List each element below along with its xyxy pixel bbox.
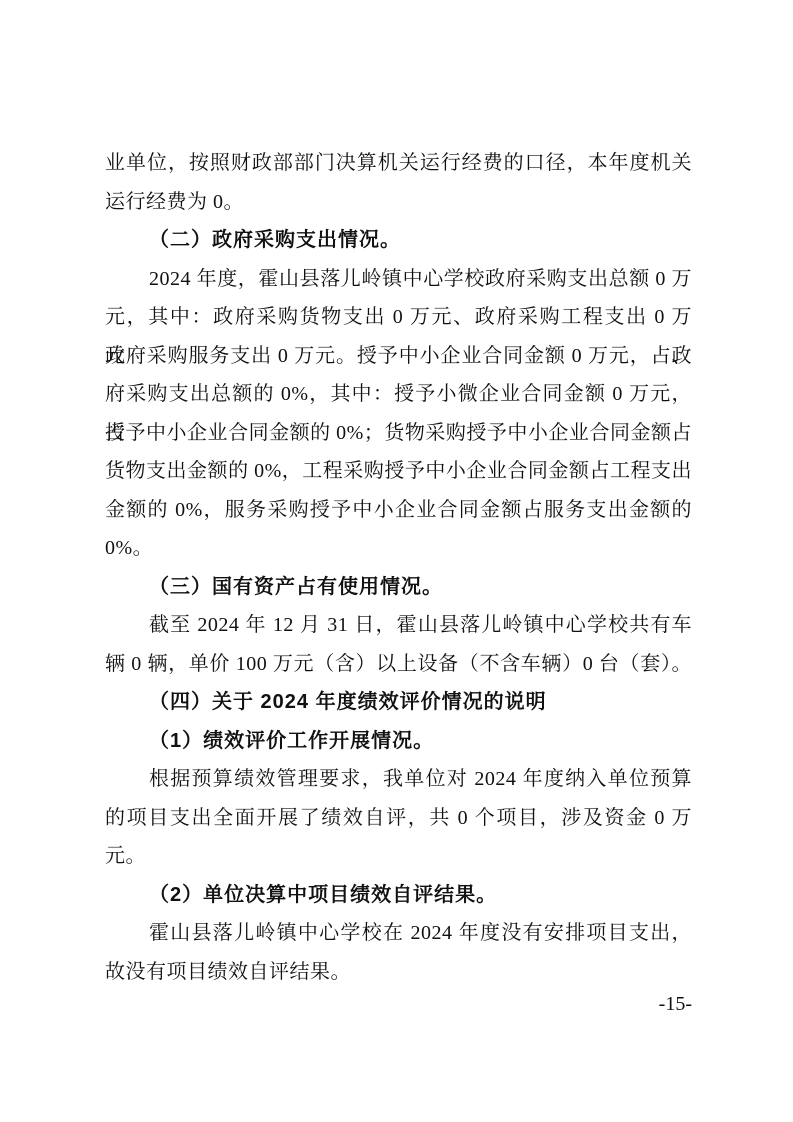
body-text-line: 故没有项目绩效自评结果。 — [105, 953, 692, 992]
body-text-line: 2024 年度，霍山县落儿岭镇中心学校政府采购支出总额 0 万 — [105, 260, 692, 299]
page-number: -15- — [659, 990, 692, 1018]
section-heading-3: （三）国有资产占有使用情况。 — [105, 568, 692, 607]
body-text-line: 的项目支出全面开展了绩效自评，共 0 个项目，涉及资金 0 万 — [105, 799, 692, 838]
section-heading-2: （二）政府采购支出情况。 — [105, 221, 692, 260]
body-text-line: 府采购支出总额的 0%，其中：授予小微企业合同金额 0 万元，占 — [105, 375, 692, 414]
text-block: 业单位，按照财政部部门决算机关运行经费的口径，本年度机关 运行经费为 0。 （二… — [105, 144, 692, 991]
body-text-line: 元，其中：政府采购货物支出 0 万元、政府采购工程支出 0 万元、 — [105, 298, 692, 337]
body-text-line: 元。 — [105, 837, 692, 876]
body-text-line: 授予中小企业合同金额的 0%；货物采购授予中小企业合同金额占 — [105, 414, 692, 453]
document-page: 业单位，按照财政部部门决算机关运行经费的口径，本年度机关 运行经费为 0。 （二… — [0, 0, 793, 1122]
body-text-line: 截至 2024 年 12 月 31 日，霍山县落儿岭镇中心学校共有车 — [105, 606, 692, 645]
subsection-heading-1: （1）绩效评价工作开展情况。 — [105, 722, 692, 761]
body-text-line: 运行经费为 0。 — [105, 183, 692, 222]
body-text-line: 政府采购服务支出 0 万元。授予中小企业合同金额 0 万元，占政 — [105, 337, 692, 376]
section-heading-4: （四）关于 2024 年度绩效评价情况的说明 — [105, 683, 692, 722]
body-text-line: 货物支出金额的 0%，工程采购授予中小企业合同金额占工程支出 — [105, 452, 692, 491]
body-text-line: 霍山县落儿岭镇中心学校在 2024 年度没有安排项目支出， — [105, 914, 692, 953]
body-text-line: 根据预算绩效管理要求，我单位对 2024 年度纳入单位预算 — [105, 760, 692, 799]
subsection-heading-2: （2）单位决算中项目绩效自评结果。 — [105, 876, 692, 915]
body-text-line: 0%。 — [105, 529, 692, 568]
body-text-line: 业单位，按照财政部部门决算机关运行经费的口径，本年度机关 — [105, 144, 692, 183]
body-text-line: 辆 0 辆，单价 100 万元（含）以上设备（不含车辆）0 台（套）。 — [105, 645, 692, 684]
body-text-line: 金额的 0%，服务采购授予中小企业合同金额占服务支出金额的 — [105, 491, 692, 530]
